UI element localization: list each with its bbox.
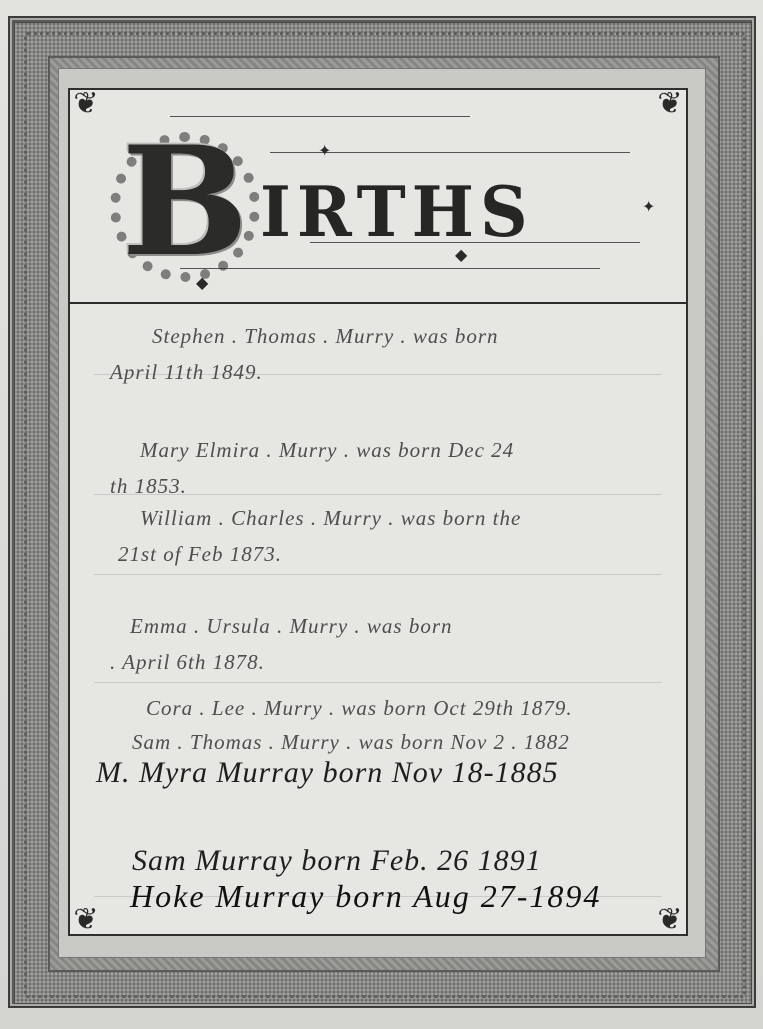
entry-line: April 11th 1849. (110, 360, 263, 385)
entry-line: . April 6th 1878. (110, 650, 265, 675)
entry-line: William . Charles . Murry . was born the (140, 506, 521, 531)
entry-line: M. Myra Murray born Nov 18-1885 (96, 756, 559, 790)
entry-line: Emma . Ursula . Murry . was born (130, 614, 453, 639)
entry-line: 21st of Feb 1873. (118, 542, 282, 567)
entry-line: Sam Murray born Feb. 26 1891 (132, 844, 542, 878)
entry-line: Stephen . Thomas . Murry . was born (152, 324, 499, 349)
entry-line: Mary Elmira . Murry . was born Dec 24 (140, 438, 514, 463)
births-entries: Stephen . Thomas . Murry . was born Apri… (70, 304, 686, 934)
entry-line: Hoke Murray born Aug 27-1894 (130, 878, 601, 915)
title-initial: B (120, 122, 250, 282)
register-page: ❦ ❦ ❦ ❦ ✦ ✦ ◆ ◆ B IRTHS Stephen . Thomas… (68, 88, 688, 936)
page-header: ✦ ✦ ◆ ◆ B IRTHS (70, 90, 686, 304)
entry-line: Cora . Lee . Murry . was born Oct 29th 1… (146, 696, 573, 721)
entry-line: th 1853. (110, 474, 187, 499)
title-text: IRTHS (260, 170, 534, 254)
entry-line: Sam . Thomas . Murry . was born Nov 2 . … (132, 730, 570, 755)
ruled-line (94, 574, 662, 575)
ruled-line (94, 682, 662, 683)
page-title: B IRTHS (110, 122, 650, 282)
